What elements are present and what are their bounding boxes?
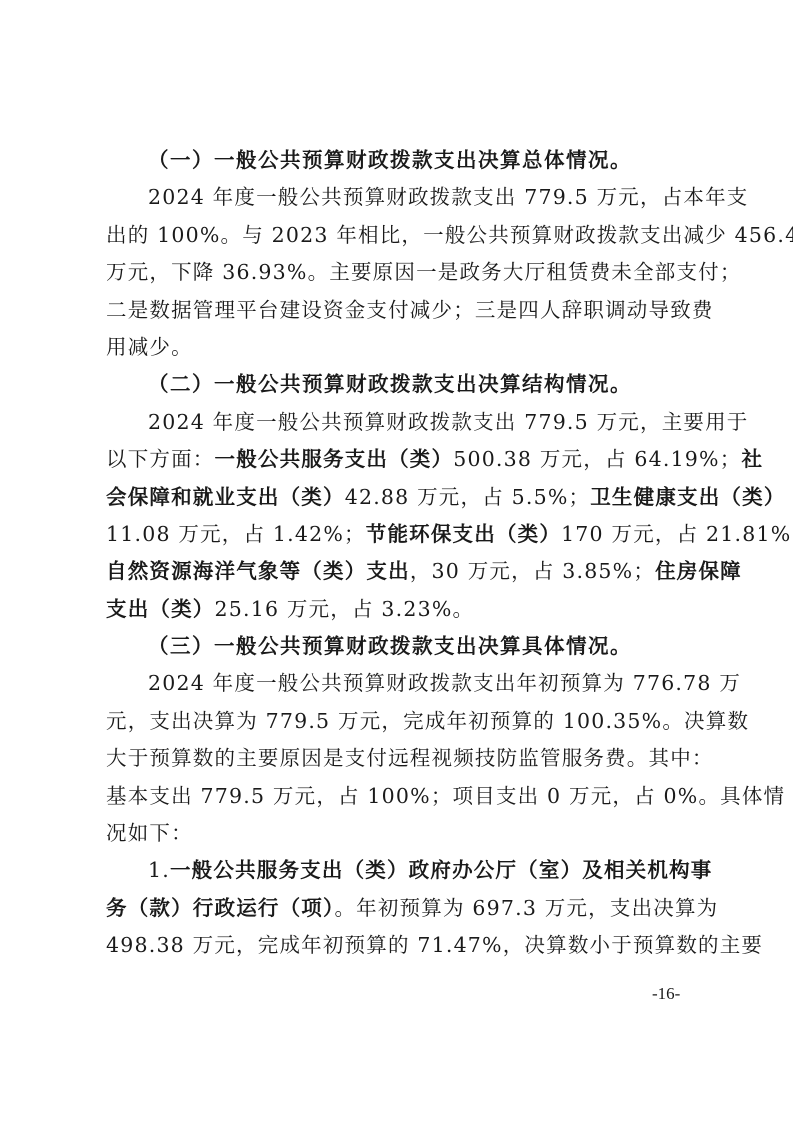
text-segment: 用减少。 (106, 335, 193, 359)
section-heading-detail: （三）一般公共预算财政拨款支出决算具体情况。 (106, 628, 698, 665)
text-line: 用减少。 (106, 329, 698, 366)
document-page: （一）一般公共预算财政拨款支出决算总体情况。 2024 年度一般公共预算财政拨款… (0, 0, 793, 1122)
text-segment: 二是数据管理平台建设资金支付减少；三是四人辞职调动导致费 (106, 298, 714, 322)
text-line: 大于预算数的主要原因是支付远程视频技防监管服务费。其中： (106, 740, 698, 777)
section-heading-overall: （一）一般公共预算财政拨款支出决算总体情况。 (106, 142, 698, 179)
text-segment: 出的 100%。与 2023 年相比，一般公共预算财政拨款支出减少 456.4 (106, 223, 793, 247)
text-segment: 498.38 万元，完成年初预算的 71.47%，决算数小于预算数的主要 (106, 933, 763, 957)
text-line: 以下方面：一般公共服务支出（类）500.38 万元，占 64.19%；社 (106, 441, 698, 478)
bold-text-segment: 住房保障 (655, 559, 742, 583)
text-line: 支出（类）25.16 万元，占 3.23%。 (106, 591, 698, 628)
text-segment: 2024 年度一般公共预算财政拨款支出年初预算为 776.78 万 (148, 671, 741, 695)
text-segment: 基本支出 779.5 万元，占 100%；项目支出 0 万元，占 0%。具体情 (106, 784, 785, 808)
text-line: 11.08 万元，占 1.42%；节能环保支出（类）170 万元，占 21.81… (106, 516, 698, 553)
bold-text-segment: 一般公共服务支出（类）政府办公厅（室）及相关机构事 (170, 858, 713, 882)
text-line: 况如下： (106, 815, 698, 852)
text-line: 务（款）行政运行（项）。年初预算为 697.3 万元，支出决算为 (106, 890, 698, 927)
text-line: 会保障和就业支出（类）42.88 万元，占 5.5%；卫生健康支出（类） (106, 479, 698, 516)
text-line: 二是数据管理平台建设资金支付减少；三是四人辞职调动导致费 (106, 292, 698, 329)
text-line: 自然资源海洋气象等（类）支出，30 万元，占 3.85%；住房保障 (106, 553, 698, 590)
paragraph-item-1: 1.一般公共服务支出（类）政府办公厅（室）及相关机构事务（款）行政运行（项）。年… (106, 852, 698, 964)
text-line: 出的 100%。与 2023 年相比，一般公共预算财政拨款支出减少 456.4 (106, 217, 698, 254)
text-line: 2024 年度一般公共预算财政拨款支出 779.5 万元，占本年支 (106, 179, 698, 216)
paragraph-overall: 2024 年度一般公共预算财政拨款支出 779.5 万元，占本年支出的 100%… (106, 179, 698, 366)
bold-text-segment: 节能环保支出（类） (366, 522, 561, 546)
document-body: （一）一般公共预算财政拨款支出决算总体情况。 2024 年度一般公共预算财政拨款… (106, 142, 698, 965)
text-segment: 25.16 万元，占 3.23%。 (215, 597, 475, 621)
text-line: 1.一般公共服务支出（类）政府办公厅（室）及相关机构事 (106, 852, 698, 889)
text-line: 2024 年度一般公共预算财政拨款支出 779.5 万元，主要用于 (106, 404, 698, 441)
text-segment: ，30 万元，占 3.85%； (410, 559, 655, 583)
text-line: 万元，下降 36.93%。主要原因一是政务大厅租赁费未全部支付； (106, 254, 698, 291)
text-segment: 11.08 万元，占 1.42%； (106, 522, 366, 546)
text-segment: 大于预算数的主要原因是支付远程视频技防监管服务费。其中： (106, 746, 714, 770)
page-number: -16- (652, 984, 680, 1004)
bold-text-segment: 支出（类） (106, 597, 215, 621)
bold-text-segment: 一般公共服务支出（类） (215, 447, 454, 471)
paragraph-structure: 2024 年度一般公共预算财政拨款支出 779.5 万元，主要用于以下方面：一般… (106, 404, 698, 628)
bold-text-segment: 自然资源海洋气象等（类）支出 (106, 559, 410, 583)
text-line: 2024 年度一般公共预算财政拨款支出年初预算为 776.78 万 (106, 665, 698, 702)
text-segment: 2024 年度一般公共预算财政拨款支出 779.5 万元，占本年支 (148, 185, 749, 209)
text-segment: 万元，下降 36.93%。主要原因一是政务大厅租赁费未全部支付； (106, 260, 742, 284)
text-segment: 42.88 万元，占 5.5%； (345, 485, 591, 509)
bold-text-segment: 务（款）行政运行（项） (106, 896, 334, 920)
text-line: 基本支出 779.5 万元，占 100%；项目支出 0 万元，占 0%。具体情 (106, 778, 698, 815)
text-segment: 1. (148, 858, 170, 882)
text-segment: 2024 年度一般公共预算财政拨款支出 779.5 万元，主要用于 (148, 410, 749, 434)
bold-text-segment: 社 (741, 447, 763, 471)
text-line: 元，支出决算为 779.5 万元，完成年初预算的 100.35%。决算数 (106, 703, 698, 740)
text-line: 498.38 万元，完成年初预算的 71.47%，决算数小于预算数的主要 (106, 927, 698, 964)
text-segment: 170 万元，占 21.81%； (561, 522, 793, 546)
bold-text-segment: 会保障和就业支出（类） (106, 485, 345, 509)
text-segment: 500.38 万元，占 64.19%； (453, 447, 741, 471)
text-segment: 元，支出决算为 779.5 万元，完成年初预算的 100.35%。决算数 (106, 709, 749, 733)
bold-text-segment: 卫生健康支出（类） (590, 485, 785, 509)
text-segment: 以下方面： (106, 447, 215, 471)
text-segment: 。年初预算为 697.3 万元，支出决算为 (334, 896, 718, 920)
paragraph-detail: 2024 年度一般公共预算财政拨款支出年初预算为 776.78 万元，支出决算为… (106, 665, 698, 852)
text-segment: 况如下： (106, 821, 193, 845)
section-heading-structure: （二）一般公共预算财政拨款支出决算结构情况。 (106, 366, 698, 403)
